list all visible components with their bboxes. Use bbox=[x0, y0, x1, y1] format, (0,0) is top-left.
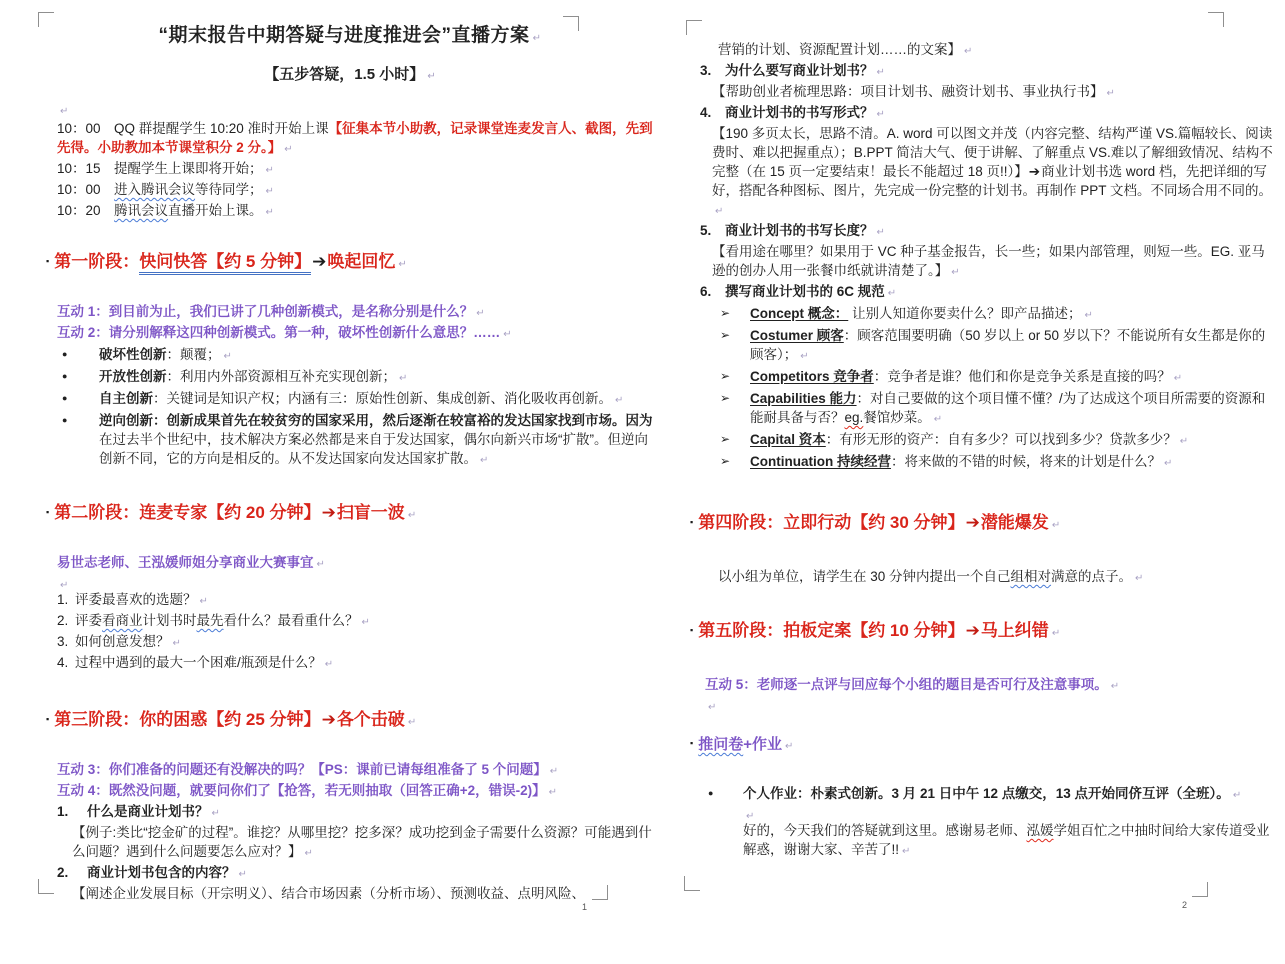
paragraph-mark: ↵ bbox=[408, 717, 416, 728]
triangle-bullet-icon: ➢ bbox=[720, 389, 730, 408]
paragraph-mark: ↵ bbox=[1164, 458, 1172, 469]
arrow-icon: ➔ bbox=[311, 252, 327, 271]
group-task-text: 满意的点子。 bbox=[1051, 569, 1132, 584]
six-c-term: Competitors 竞争者 bbox=[750, 369, 874, 384]
interaction-4: 互动 4：既然没问题，就要问你们了【抢答，若无则抽取（回答正确+2，错误-2)】… bbox=[57, 781, 654, 802]
stage5-focus: 拍板定案【约 10 分钟】 bbox=[783, 621, 964, 640]
stage2-result: 扫盲一波 bbox=[337, 503, 405, 522]
schedule-line-4: 10：20 腾讯会议直播开始上课。↵ bbox=[57, 201, 654, 222]
triangle-bullet-icon: ➢ bbox=[720, 304, 730, 323]
square-bullet-icon: ▪ bbox=[690, 517, 693, 527]
paragraph-mark: ↵ bbox=[325, 659, 333, 670]
interaction-3-text: 互动 3：你们准备的问题还有没解决的吗？【PS：课前已请每组准备了 5 个问题】 bbox=[57, 762, 547, 777]
empty-paragraph: ↵ bbox=[743, 805, 1278, 821]
stage5-heading: ▪第五阶段：拍板定案【约 10 分钟】➔马上纠错↵ bbox=[690, 621, 1278, 643]
qa-answer-text: 【看用途在哪里？如果用于 VC 种子基金报告，长一些；如果内部管理，则短一些。E… bbox=[712, 244, 1265, 278]
schedule-time-text: 10：00 QQ 群提醒学生 10:20 准时开始上课 bbox=[57, 121, 329, 136]
six-c-desc: 餐馆炒菜。 bbox=[863, 410, 931, 425]
closing-text: 好的，今天我们的答疑就到这里。感谢易老师、 bbox=[743, 823, 1027, 838]
stage2-label: 第二阶段： bbox=[54, 503, 139, 522]
paragraph-mark: ↵ bbox=[877, 109, 885, 120]
list-number: 1. bbox=[57, 802, 68, 821]
text-boundary-mark bbox=[1192, 882, 1208, 897]
schedule-line-1: 10：00 QQ 群提醒学生 10:20 准时开始上课【征集本节小助教，记录课堂… bbox=[57, 119, 654, 159]
list-number: 6. bbox=[700, 282, 711, 301]
question-text: 看什么？最看重什么？ bbox=[224, 613, 359, 628]
innovation-bullet-3: ●自主创新：关键词是知识产权；内涵有三：原始性创新、集成创新、消化吸收再创新。↵ bbox=[59, 389, 654, 410]
schedule-block: 10：00 QQ 群提醒学生 10:20 准时开始上课【征集本节小助教，记录课堂… bbox=[57, 119, 654, 222]
qa-answer: 【看用途在哪里？如果用于 VC 种子基金报告，长一些；如果内部管理，则短一些。E… bbox=[712, 242, 1278, 282]
dot-bullet-icon: ● bbox=[62, 389, 67, 408]
paragraph-mark: ↵ bbox=[708, 702, 716, 713]
schedule-line-2: 10：15 提醒学生上课即将开始；↵ bbox=[57, 159, 654, 180]
six-c-desc: 让别人知道你要卖什么？即产品描述； bbox=[852, 306, 1082, 321]
expert-question-1: 1.评委最喜欢的选题？↵ bbox=[57, 590, 654, 611]
qa-answer: 【190 多页太长，思路不清。A. word 可以图文并茂（内容完整、结构严谨 … bbox=[712, 124, 1278, 221]
paragraph-mark: ↵ bbox=[200, 596, 208, 607]
square-bullet-icon: ▪ bbox=[690, 738, 693, 748]
qa-question: 撰写商业计划书的 6C 规范↵ bbox=[725, 282, 1278, 303]
stage3-result: 各个击破 bbox=[337, 710, 405, 729]
triangle-bullet-icon: ➢ bbox=[720, 367, 730, 386]
paragraph-mark: ↵ bbox=[224, 351, 232, 362]
arrow-icon: ➔ bbox=[965, 621, 981, 640]
paragraph-mark: ↵ bbox=[964, 46, 972, 57]
schedule-tail-text: 直播开始上课。 bbox=[168, 203, 263, 218]
interaction-2-text: 互动 2：请分别解释这四种创新模式。第一种，破坏性创新什么意思？…… bbox=[57, 325, 500, 340]
paragraph-mark: ↵ bbox=[715, 206, 723, 217]
tencent-meeting-link-text: 腾讯会议 bbox=[114, 203, 168, 218]
title-text: “期末报告中期答疑与进度推进会”直播方案 bbox=[159, 25, 530, 46]
qa-question-text: 撰写商业计划书的 6C 规范 bbox=[725, 284, 885, 299]
innovation-desc: ：颠覆； bbox=[167, 347, 221, 362]
question-text: 评委最喜欢的选题？ bbox=[75, 592, 197, 607]
six-c-term: Capital 资本 bbox=[750, 432, 826, 447]
paragraph-mark: ↵ bbox=[317, 559, 325, 570]
qa-answer: 【阐述企业发展目标（开宗明义）、结合市场因素（分析市场）、预测收益、点明风险、 bbox=[72, 884, 654, 903]
document-page-1: 1 “期末报告中期答疑与进度推进会”直播方案↵ 【五步答疑，1.5 小时】↵ ↵… bbox=[36, 0, 668, 964]
schedule-time-text: 10：15 提醒学生上课即将开始； bbox=[57, 161, 263, 176]
innovation-bullet-2: ●开放性创新：利用内外部资源相互补充实现创新；↵ bbox=[59, 367, 654, 388]
text-boundary-mark bbox=[684, 876, 700, 891]
qa-question-text: 商业计划书包含的内容？ bbox=[87, 865, 236, 880]
qa-question-text: 什么是商业计划书？ bbox=[87, 804, 209, 819]
paragraph-mark: ↵ bbox=[888, 288, 896, 299]
square-bullet-icon: ▪ bbox=[46, 256, 49, 266]
group-task-line: 以小组为单位，请学生在 30 分钟内提出一个自己组相对满意的点子。↵ bbox=[718, 567, 1278, 588]
paragraph-mark: ↵ bbox=[503, 329, 511, 340]
document-page-2: 2 营销的计划、资源配置计划……的文案】↵ 3. 为什么要写商业计划书？↵ 【帮… bbox=[678, 0, 1285, 964]
continuation-line: 营销的计划、资源配置计划……的文案】↵ bbox=[718, 40, 1278, 61]
qa-item-1: 1. 什么是商业计划书？↵ 【例子:类比“挖金矿的过程”。谁挖？从哪里挖？挖多深… bbox=[57, 802, 654, 863]
paragraph-mark: ↵ bbox=[173, 638, 181, 649]
paragraph-mark: ↵ bbox=[60, 106, 68, 117]
triangle-bullet-icon: ➢ bbox=[720, 430, 730, 449]
stage5-result: 马上纠错 bbox=[981, 621, 1049, 640]
continuation-text: 营销的计划、资源配置计划……的文案】 bbox=[718, 42, 961, 57]
arrow-icon: ➔ bbox=[321, 503, 337, 522]
text-boundary-mark bbox=[563, 16, 579, 31]
paragraph-mark: ↵ bbox=[1085, 310, 1093, 321]
closing-paragraph: 好的，今天我们的答疑就到这里。感谢易老师、泓媛学姐百忙之中抽时间给大家传道受业解… bbox=[743, 821, 1278, 861]
paragraph-mark: ↵ bbox=[239, 869, 247, 880]
paragraph-mark: ↵ bbox=[305, 848, 313, 859]
interaction-1-text: 互动 1：到目前为止，我们已讲了几种创新模式，是名称分别是什么？ bbox=[57, 304, 473, 319]
stage3-focus: 你的困惑【约 25 分钟】 bbox=[139, 710, 320, 729]
stage4-result: 潜能爆发 bbox=[981, 513, 1049, 532]
stage2-heading: ▪第二阶段：连麦专家【约 20 分钟】➔扫盲一波↵ bbox=[46, 503, 654, 525]
empty-paragraph: ↵ bbox=[57, 574, 654, 590]
empty-paragraph: ↵ bbox=[57, 100, 654, 116]
qa-answer: 【帮助创业者梳理思路：项目计划书、融资计划书、事业执行书】↵ bbox=[712, 82, 1278, 103]
triangle-bullet-icon: ➢ bbox=[720, 452, 730, 471]
qa-item-5: 5. 商业计划书的书写长度？↵ 【看用途在哪里？如果用于 VC 种子基金报告，长… bbox=[700, 221, 1278, 282]
text-boundary-mark bbox=[38, 12, 54, 27]
paragraph-mark: ↵ bbox=[399, 373, 407, 384]
paragraph-mark: ↵ bbox=[1135, 573, 1143, 584]
paragraph-mark: ↵ bbox=[877, 67, 885, 78]
interaction-2: 互动 2：请分别解释这四种创新模式。第一种，破坏性创新什么意思？……↵ bbox=[57, 323, 654, 344]
square-bullet-icon: ▪ bbox=[46, 507, 49, 517]
schedule-tail-text: 等待同学； bbox=[195, 182, 263, 197]
list-number: 4. bbox=[700, 103, 711, 122]
qa-question: 商业计划书的书写长度？↵ bbox=[725, 221, 1278, 242]
arrow-icon: ➔ bbox=[1028, 164, 1041, 179]
square-bullet-icon: ▪ bbox=[690, 625, 693, 635]
document-subtitle: 【五步答疑，1.5 小时】↵ bbox=[46, 65, 654, 86]
qa-item-3: 3. 为什么要写商业计划书？↵ 【帮助创业者梳理思路：项目计划书、融资计划书、事… bbox=[700, 61, 1278, 103]
qa-question: 为什么要写商业计划书？↵ bbox=[725, 61, 1278, 82]
six-c-item-6: ➢Continuation 持续经营：将来做的不错的时候，将来的计划是什么？↵ bbox=[690, 452, 1278, 473]
paragraph-mark: ↵ bbox=[615, 395, 623, 406]
qa-answer-text: 【例子:类比“挖金矿的过程”。谁挖？从哪里挖？挖多深？成功挖到金子需要什么资源？… bbox=[72, 825, 652, 859]
stage4-heading: ▪第四阶段：立即行动【约 30 分钟】➔潜能爆发↵ bbox=[690, 513, 1278, 535]
triangle-bullet-icon: ➢ bbox=[720, 326, 730, 345]
innovation-term: 开放性创新 bbox=[99, 369, 167, 384]
innovation-term: 破坏性创新 bbox=[99, 347, 167, 362]
paragraph-mark: ↵ bbox=[266, 186, 274, 197]
six-c-item-2: ➢Costumer 顾客：顾客范围要明确（50 岁以上 or 50 岁以下？不能… bbox=[690, 326, 1278, 366]
paragraph-mark: ↵ bbox=[877, 227, 885, 238]
qa-answer: 【例子:类比“挖金矿的过程”。谁挖？从哪里挖？挖多深？成功挖到金子需要什么资源？… bbox=[72, 823, 654, 863]
paragraph-mark: ↵ bbox=[284, 144, 292, 155]
innovation-desc: 在过去半个世纪中，技术解决方案必然都是来自于发达国家，偶尔向新兴市场“扩散”。但… bbox=[99, 432, 648, 466]
spellcheck-marked-text: 泓媛 bbox=[1027, 823, 1054, 838]
list-number: 5. bbox=[700, 221, 711, 240]
grammar-marked-text: 看商业 bbox=[102, 613, 143, 628]
text-boundary-mark bbox=[1208, 12, 1224, 27]
innovation-desc: ：利用内外部资源相互补充实现创新； bbox=[167, 369, 397, 384]
paragraph-mark: ↵ bbox=[1111, 681, 1119, 692]
paragraph-mark: ↵ bbox=[1052, 628, 1060, 639]
six-c-term: Capabilities 能力 bbox=[750, 391, 857, 406]
dot-bullet-icon: ● bbox=[62, 411, 67, 430]
six-c-desc: ：竞争者是谁？他们和你是竞争关系是直接的吗？ bbox=[874, 369, 1171, 384]
stage1-label: 第一阶段： bbox=[54, 252, 139, 271]
paragraph-mark: ↵ bbox=[934, 414, 942, 425]
qa-item-4: 4. 商业计划书的书写形式？↵ 【190 多页太长，思路不清。A. word 可… bbox=[700, 103, 1278, 221]
grammar-marked-text: 组相对 bbox=[1011, 569, 1052, 584]
paragraph-mark: ↵ bbox=[266, 207, 274, 218]
paragraph-mark: ↵ bbox=[476, 308, 484, 319]
innovation-desc: ：关键词是知识产权；内涵有三：原始性创新、集成创新、消化吸收再创新。 bbox=[153, 391, 612, 406]
stage3-label: 第三阶段： bbox=[54, 710, 139, 729]
interaction-5: 互动 5：老师逐一点评与回应每个小组的题目是否可行及注意事项。↵ bbox=[705, 675, 1278, 696]
list-number: 3. bbox=[57, 632, 68, 651]
six-c-item-1: ➢Concept 概念： 让别人知道你要卖什么？即产品描述；↵ bbox=[690, 304, 1278, 325]
qa-question: 商业计划书包含的内容？↵ bbox=[87, 863, 654, 884]
question-text: 过程中遇到的最大一个困难/瓶颈是什么？ bbox=[75, 655, 322, 670]
paragraph-mark: ↵ bbox=[1107, 88, 1115, 99]
schedule-time-text: 10：20 bbox=[57, 203, 114, 218]
paragraph-mark: ↵ bbox=[398, 259, 406, 270]
expert-question-3: 3.如何创意发想？↵ bbox=[57, 632, 654, 653]
guest-speakers-line: 易世志老师、王泓媛师姐分享商业大赛事宜↵ bbox=[57, 553, 654, 574]
paragraph-mark: ↵ bbox=[1174, 373, 1182, 384]
arrow-icon: ➔ bbox=[965, 513, 981, 532]
paragraph-mark: ↵ bbox=[362, 617, 370, 628]
list-number: 4. bbox=[57, 653, 68, 672]
innovation-term: 逆向创新：创新成果首先在较贫穷的国家采用，然后逐渐在较富裕的发达国家找到市场。因… bbox=[99, 413, 653, 428]
guest-speakers-text: 易世志老师、王泓媛师姐分享商业大赛事宜 bbox=[57, 555, 314, 570]
square-bullet-icon: ▪ bbox=[46, 714, 49, 724]
innovation-term: 自主创新 bbox=[99, 391, 153, 406]
qa-question-text: 商业计划书的书写形式？ bbox=[725, 105, 874, 120]
six-c-item-5: ➢Capital 资本：有形无形的资产：自有多少？可以找到多少？贷款多少？↵ bbox=[690, 430, 1278, 451]
text-boundary-mark bbox=[686, 20, 702, 35]
paragraph-mark: ↵ bbox=[550, 766, 558, 777]
paragraph-mark: ↵ bbox=[800, 351, 808, 362]
qa-answer-text: 【帮助创业者梳理思路：项目计划书、融资计划书、事业执行书】 bbox=[712, 84, 1104, 99]
grammar-marked-text: 推问卷 bbox=[698, 736, 743, 753]
paragraph-mark: ↵ bbox=[480, 455, 488, 466]
paragraph-mark: ↵ bbox=[1180, 436, 1188, 447]
list-number: 2. bbox=[57, 611, 68, 630]
document-view: { "colors": {"red":"#d9241a","purple":"#… bbox=[0, 0, 1285, 964]
innovation-bullet-1: ●破坏性创新：颠覆；↵ bbox=[59, 345, 654, 366]
qa-question-text: 商业计划书的书写长度？ bbox=[725, 223, 874, 238]
question-text: 计划书时 bbox=[143, 613, 197, 628]
page-number: 2 bbox=[1182, 896, 1187, 915]
interaction-3: 互动 3：你们准备的问题还有没解决的吗？【PS：课前已请每组准备了 5 个问题】… bbox=[57, 760, 654, 781]
six-c-term: Concept 概念： bbox=[750, 306, 848, 321]
qa-question: 什么是商业计划书？↵ bbox=[87, 802, 654, 823]
six-c-term: Costumer 顾客 bbox=[750, 328, 844, 343]
six-c-desc: ：将来做的不错的时候，将来的计划是什么？ bbox=[891, 454, 1161, 469]
tencent-meeting-link-text: 进入腾讯会议 bbox=[114, 182, 195, 197]
innovation-bullet-4: ●逆向创新：创新成果首先在较贫穷的国家采用，然后逐渐在较富裕的发达国家找到市场。… bbox=[59, 411, 654, 470]
dot-bullet-icon: ● bbox=[62, 367, 67, 386]
list-number: 2. bbox=[57, 863, 68, 882]
six-c-item-4: ➢Capabilities 能力：对自己要做的这个项目懂不懂？/为了达成这个项目… bbox=[690, 389, 1278, 429]
six-c-desc: ：有形无形的资产：自有多少？可以找到多少？贷款多少？ bbox=[826, 432, 1177, 447]
stage1-result: 唤起回忆 bbox=[327, 252, 395, 271]
group-task-text: 以小组为单位，请学生在 30 分钟内提出一个自己 bbox=[718, 569, 1011, 584]
subtitle-text: 【五步答疑，1.5 小时】 bbox=[264, 66, 424, 83]
paragraph-mark: ↵ bbox=[951, 267, 959, 278]
stage3-heading: ▪第三阶段：你的困惑【约 25 分钟】➔各个击破↵ bbox=[46, 710, 654, 732]
stage1-focus: 快问快答【约 5 分钟】 bbox=[139, 252, 311, 275]
qa-item-2: 2. 商业计划书包含的内容？↵ 【阐述企业发展目标（开宗明义）、结合市场因素（分… bbox=[57, 863, 654, 903]
qa-answer-text: 【阐述企业发展目标（开宗明义）、结合市场因素（分析市场）、预测收益、点明风险、 bbox=[72, 886, 585, 901]
arrow-icon: ➔ bbox=[321, 710, 337, 729]
stage4-label: 第四阶段： bbox=[698, 513, 783, 532]
grammar-marked-text: 最先 bbox=[197, 613, 224, 628]
interaction-5-text: 互动 5：老师逐一点评与回应每个小组的题目是否可行及注意事项。 bbox=[705, 677, 1108, 692]
paragraph-mark: ↵ bbox=[266, 165, 274, 176]
interaction-4-text: 互动 4：既然没问题，就要问你们了【抢答，若无则抽取（回答正确+2，错误-2)】 bbox=[57, 783, 546, 798]
schedule-line-3: 10：00 进入腾讯会议等待同学；↵ bbox=[57, 180, 654, 201]
stage4-focus: 立即行动【约 30 分钟】 bbox=[783, 513, 964, 532]
paragraph-mark: ↵ bbox=[408, 510, 416, 521]
stage2-focus: 连麦专家【约 20 分钟】 bbox=[139, 503, 320, 522]
paragraph-mark: ↵ bbox=[785, 741, 793, 752]
stage1-heading: ▪第一阶段：快问快答【约 5 分钟】➔唤起回忆↵ bbox=[46, 252, 654, 274]
homework-section-heading: ▪推问卷+作业↵ bbox=[690, 734, 1278, 756]
empty-paragraph: ↵ bbox=[705, 696, 1278, 712]
question-text: 如何创意发想？ bbox=[75, 634, 170, 649]
list-number: 3. bbox=[700, 61, 711, 80]
text-boundary-mark bbox=[38, 879, 54, 894]
interaction-1: 互动 1：到目前为止，我们已讲了几种创新模式，是名称分别是什么？↵ bbox=[57, 302, 654, 323]
paragraph-mark: ↵ bbox=[1233, 790, 1241, 801]
paragraph-mark: ↵ bbox=[427, 71, 435, 82]
paragraph-mark: ↵ bbox=[1052, 520, 1060, 531]
qa-question-text: 为什么要写商业计划书？ bbox=[725, 63, 874, 78]
qa-question: 商业计划书的书写形式？↵ bbox=[725, 103, 1278, 124]
homework-text: 个人作业：朴素式创新。3 月 21 日中午 12 点缴交，13 点开始同侪互评（… bbox=[743, 786, 1230, 801]
question-text: 评委 bbox=[75, 613, 102, 628]
expert-question-2: 2.评委看商业计划书时最先看什么？最看重什么？↵ bbox=[57, 611, 654, 632]
paragraph-mark: ↵ bbox=[533, 33, 542, 44]
list-number: 1. bbox=[57, 590, 68, 609]
six-c-item-3: ➢Competitors 竞争者：竞争者是谁？他们和你是竞争关系是直接的吗？↵ bbox=[690, 367, 1278, 388]
stage5-label: 第五阶段： bbox=[698, 621, 783, 640]
paragraph-mark: ↵ bbox=[212, 808, 220, 819]
spellcheck-marked-text: eg. bbox=[845, 410, 864, 425]
expert-question-4: 4.过程中遇到的最大一个困难/瓶颈是什么？↵ bbox=[57, 653, 654, 674]
dot-bullet-icon: ● bbox=[708, 784, 713, 803]
homework-heading-text: +作业 bbox=[743, 736, 782, 753]
six-c-term: Continuation 持续经营 bbox=[750, 454, 891, 469]
paragraph-mark: ↵ bbox=[902, 846, 910, 857]
dot-bullet-icon: ● bbox=[62, 345, 67, 364]
schedule-time-text: 10：00 bbox=[57, 182, 114, 197]
paragraph-mark: ↵ bbox=[549, 787, 557, 798]
homework-bullet: ●个人作业：朴素式创新。3 月 21 日中午 12 点缴交，13 点开始同侪互评… bbox=[705, 784, 1278, 805]
qa-item-6: 6. 撰写商业计划书的 6C 规范↵ bbox=[700, 282, 1278, 303]
